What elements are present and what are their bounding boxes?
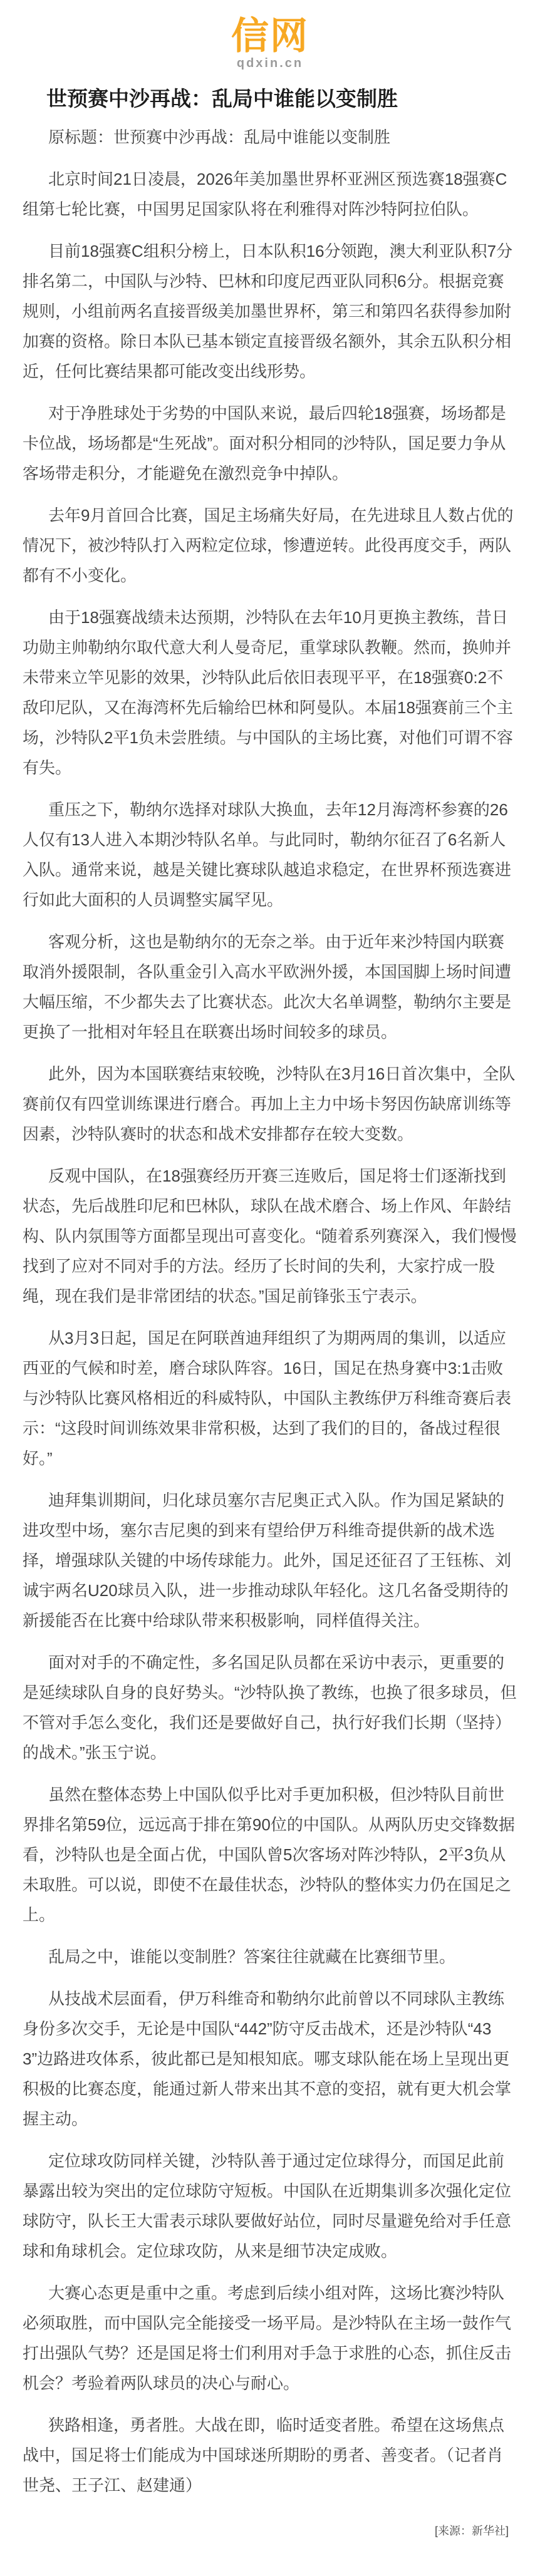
site-logo[interactable]: 信网 qdxin.cn [231,18,309,70]
article-paragraph: 虽然在整体态势上中国队似乎比对手更加积极，但沙特队目前世界排名第59位，远远高于… [23,1780,517,1930]
article-paragraph: 反观中国队，在18强赛经历开赛三连败后，国足将士们逐渐找到状态，先后战胜印尼和巴… [23,1161,517,1311]
article-paragraph: 此外，因为本国联赛结束较晚，沙特队在3月16日首次集中，全队赛前仅有四堂训练课进… [23,1059,517,1149]
original-title-line: 原标题：世预赛中沙再战：乱局中谁能以变制胜 [23,122,517,152]
article-paragraph: 定位球攻防同样关键，沙特队善于通过定位球得分，而国足此前暴露出较为突出的定位球防… [23,2146,517,2266]
article-paragraph: 狭路相逢，勇者胜。大战在即，临时适变者胜。希望在这场焦点战中，国足将士们能成为中… [23,2410,517,2500]
page-title: 世预赛中沙再战：乱局中谁能以变制胜 [23,85,517,113]
article-page: 信网 qdxin.cn 世预赛中沙再战：乱局中谁能以变制胜 原标题：世预赛中沙再… [0,0,540,2576]
article-paragraph: 去年9月首回合比赛，国足主场痛失好局，在先进球且人数占优的情况下，被沙特队打入两… [23,500,517,590]
site-logo-text: 信网 [231,18,309,55]
article-paragraph: 客观分析，这也是勒纳尔的无奈之举。由于近年来沙特国内联赛取消外援限制，各队重金引… [23,927,517,1047]
article-paragraph: 面对对手的不确定性，多名国足队员都在采访中表示，更重要的是延续球队自身的良好势头… [23,1647,517,1768]
article-paragraph: 北京时间21日凌晨，2026年美加墨世界杯亚洲区预选赛18强赛C组第七轮比赛，中… [23,164,517,224]
article-paragraph: 由于18强赛战绩未达预期，沙特队在去年10月更换主教练，昔日功勋主帅勒纳尔取代意… [23,602,517,783]
paragraph-list: 北京时间21日凌晨，2026年美加墨世界杯亚洲区预选赛18强赛C组第七轮比赛，中… [23,164,517,2500]
article-body: 原标题：世预赛中沙再战：乱局中谁能以变制胜 北京时间21日凌晨，2026年美加墨… [0,113,540,2538]
article-paragraph: 大赛心态更是重中之重。考虑到后续小组对阵，这场比赛沙特队必须取胜，而中国队完全能… [23,2278,517,2398]
article-paragraph: 目前18强赛C组积分榜上，日本队积16分领跑，澳大利亚队积7分排名第二，中国队与… [23,236,517,386]
site-logo-domain: qdxin.cn [231,57,309,70]
article-paragraph: 从3月3日起，国足在阿联酋迪拜组织了为期两周的集训，以适应西亚的气候和时差，磨合… [23,1323,517,1473]
site-header: 信网 qdxin.cn [0,0,540,70]
source-attribution: [来源：新华社] [23,2512,517,2538]
article-paragraph: 重压之下，勒纳尔选择对球队大换血，去年12月海湾杯参赛的26人仅有13人进入本期… [23,795,517,915]
article-paragraph: 乱局之中，谁能以变制胜？答案往往就藏在比赛细节里。 [23,1942,517,1972]
article-paragraph: 对于净胜球处于劣势的中国队来说，最后四轮18强赛，场场都是卡位战，场场都是“生死… [23,398,517,488]
article-paragraph: 迪拜集训期间，归化球员塞尔吉尼奥正式入队。作为国足紧缺的进攻型中场，塞尔吉尼奥的… [23,1485,517,1636]
article-paragraph: 从技战术层面看，伊万科维奇和勒纳尔此前曾以不同球队主教练身份多次交手，无论是中国… [23,1984,517,2134]
